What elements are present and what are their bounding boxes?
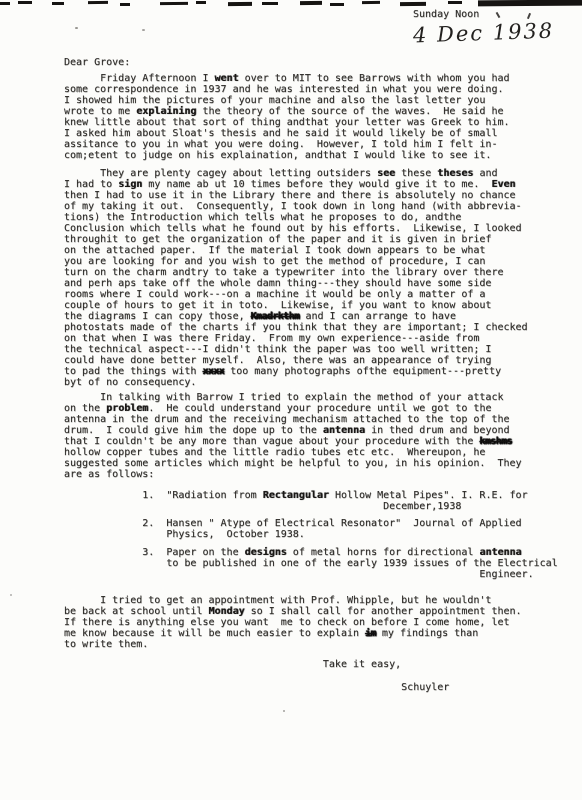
letter-block-paragraph: In talking with Barrow I tried to explai… <box>64 392 572 480</box>
scan-speck <box>10 594 12 596</box>
letter-line: that I couldn't be any more than vague a… <box>64 436 572 447</box>
letter-line: 2. Hansen " Atype of Electrical Resonato… <box>64 518 572 529</box>
letter-line: me know because it will be much easier t… <box>64 628 572 639</box>
scan-edge-mark <box>0 2 10 5</box>
scan-edge-mark <box>52 2 64 5</box>
letter-line: I asked him about Sloat's thesis and he … <box>64 128 572 139</box>
scan-edge-mark <box>300 1 322 5</box>
letter-line: suggested some articles which might be h… <box>64 458 572 469</box>
scan-edge-mark <box>228 2 252 6</box>
scan-speck <box>496 12 501 18</box>
letter-line: I tried to get an appointment with Prof.… <box>64 595 572 606</box>
letter-line: the technical aspect---I didn't think th… <box>64 344 572 355</box>
scan-speck <box>142 29 145 31</box>
letter-line: 1. "Radiation from Rectangular Hollow Me… <box>64 490 572 501</box>
letter-line: If there is anything else you want me to… <box>64 617 572 628</box>
letter-line: Friday Afternoon I went over to MIT to s… <box>64 73 572 84</box>
letter-line: drum. I could give him the dope up to th… <box>64 425 572 436</box>
scan-edge-mark <box>120 3 130 6</box>
letter-line: com;etent to judge on his explaination, … <box>64 150 572 161</box>
scan-edge-mark <box>160 2 188 5</box>
letter-line: and perh aps take off the whole damn thi… <box>64 278 572 289</box>
letter-line: Physics, October 1938. <box>64 529 572 540</box>
letter-line: to write them. <box>64 639 572 650</box>
letter-block-paragraph: I tried to get an appointment with Prof.… <box>64 595 572 650</box>
letter-line: They are plenty cagey about letting outs… <box>64 168 572 179</box>
scan-edge-mark <box>196 1 206 4</box>
letter-block-salutation: Dear Grove: <box>64 57 572 68</box>
scan-speck <box>283 710 285 712</box>
letter-line: could have done better myself. Also, the… <box>64 355 572 366</box>
letter-line: the diagrams I can copy those, Kmadrkthm… <box>64 311 572 322</box>
letter-line: tions) the Introduction which tells what… <box>64 212 572 223</box>
letter-block-signature: Schuyler <box>64 682 572 693</box>
letter-line: couple of hours to get it in toto. Likew… <box>64 300 572 311</box>
letter-line: December,1938 <box>64 501 572 512</box>
letter-line: rooms where I could work---on a machine … <box>64 289 572 300</box>
letter-line: some correspondence in 1937 and he was i… <box>64 84 572 95</box>
letter-line: on the problem. He could understand your… <box>64 403 572 414</box>
letter-line: Engineer. <box>64 569 572 580</box>
letter-block-list-item: 2. Hansen " Atype of Electrical Resonato… <box>64 518 572 540</box>
letter-line: be back at school until Monday so I shal… <box>64 606 572 617</box>
dateline-handwritten: 4 Dec 1938 <box>413 20 555 47</box>
letter-line: antenna in the drum and the receiving me… <box>64 414 572 425</box>
letter-line: then I had to use it in the Library ther… <box>64 190 572 201</box>
letter-line: Take it easy, <box>64 659 572 670</box>
letter-block-paragraph: They are plenty cagey about letting outs… <box>64 168 572 388</box>
letter-body: Dear Grove: Friday Afternoon I went over… <box>64 57 572 693</box>
letter-block-list-item: 1. "Radiation from Rectangular Hollow Me… <box>64 490 572 512</box>
scan-edge-mark <box>88 1 108 4</box>
dateline-typed: Sunday Noon <box>413 9 479 20</box>
scan-speck <box>527 13 531 19</box>
letter-line: knew little about that sort of thing and… <box>64 117 572 128</box>
letter-line: 3. Paper on the designs of metal horns f… <box>64 547 572 558</box>
letter-line: hollow copper tubes and the little radio… <box>64 447 572 458</box>
letter-line: throughit to get the organization of the… <box>64 234 572 245</box>
letter-line: I showed him the pictures of your machin… <box>64 95 572 106</box>
letter-line: Schuyler <box>64 682 572 693</box>
letter-block-closing: Take it easy, <box>64 659 572 670</box>
letter-line: Dear Grove: <box>64 57 572 68</box>
scan-edge-mark <box>330 3 344 6</box>
letter-line: you are looking for and you wish to get … <box>64 256 572 267</box>
letter-line: byt of no consequency. <box>64 377 572 388</box>
scan-speck <box>75 27 78 29</box>
letter-line: to pad the things with xxxx too many pho… <box>64 366 572 377</box>
letter-page: Sunday Noon 4 Dec 1938 Dear Grove: Frida… <box>0 0 582 800</box>
letter-line: wrote to me explaining the theory of the… <box>64 106 572 117</box>
scan-edge-mark <box>400 2 426 6</box>
letter-block-paragraph: Friday Afternoon I went over to MIT to s… <box>64 73 572 161</box>
letter-line: to be published in one of the early 1939… <box>64 558 572 569</box>
scan-edge-mark <box>262 2 278 5</box>
letter-line: turn on the charm andtry to take a typew… <box>64 267 572 278</box>
letter-line: on that when I was there Friday. From my… <box>64 333 572 344</box>
letter-line: of my taking it out. Consequently, I too… <box>64 201 572 212</box>
letter-line: on the attached paper. If the material I… <box>64 245 572 256</box>
letter-line: In talking with Barrow I tried to explai… <box>64 392 572 403</box>
scan-edge-mark <box>18 1 32 4</box>
letter-line: I had to sign my name ab ut 10 times bef… <box>64 179 572 190</box>
letter-block-list-item: 3. Paper on the designs of metal horns f… <box>64 547 572 580</box>
letter-line: photostats made of the charts if you thi… <box>64 322 572 333</box>
scan-edge-mark <box>478 0 582 6</box>
letter-line: assitance to you in what you were doing.… <box>64 139 572 150</box>
scan-edge-mark <box>362 1 380 4</box>
scan-edge-mark <box>448 1 462 4</box>
letter-line: Conclusion which tells what he found out… <box>64 223 572 234</box>
letter-line: are as follows: <box>64 469 572 480</box>
